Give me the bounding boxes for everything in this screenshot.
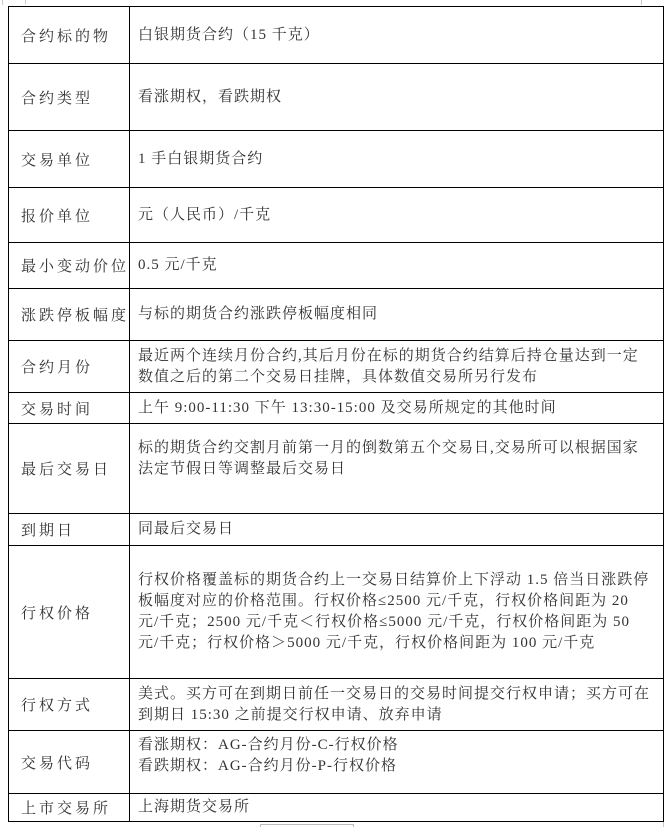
table-row: 交易单位 1 手白银期货合约: [9, 131, 663, 188]
cropped-cell-tick: [663, 822, 664, 827]
row-label-cell: 上市交易所: [9, 794, 130, 821]
row-label-cell: 到期日: [9, 514, 130, 545]
row-value: 最近两个连续月份合约,其后月份在标的期货合约结算后持仓量达到一定数值之后的第二个…: [138, 346, 651, 388]
row-value-cell: 上海期货交易所: [130, 794, 663, 821]
table-row: 最小变动价位 0.5 元/千克: [9, 243, 663, 289]
row-value-cell: 与标的期货合约涨跌停板幅度相同: [130, 289, 663, 340]
row-value: 看涨期权，看跌期权: [138, 87, 282, 108]
cropped-cell-tick: [641, 0, 642, 5]
row-value-cell: 美式。买方可在到期日前任一交易日的交易时间提交行权申请；买方可在到期日 15:3…: [130, 679, 663, 730]
row-label: 交易时间: [21, 398, 93, 419]
row-label: 到期日: [21, 519, 75, 540]
row-value: 白银期货合约（15 千克）: [138, 25, 320, 46]
row-value: 上午 9:00-11:30 下午 13:30-15:00 及交易所规定的其他时间: [138, 398, 557, 419]
row-label-cell: 涨跌停板幅度: [9, 289, 130, 340]
row-value-cell: 行权价格覆盖标的期货合约上一交易日结算价上下浮动 1.5 倍当日涨跌停板幅度对应…: [130, 546, 663, 678]
row-label-cell: 交易时间: [9, 393, 130, 423]
row-value-cell: 看涨期权：AG-合约月份-C-行权价格 看跌期权：AG-合约月份-P-行权价格: [130, 731, 663, 793]
row-value: 美式。买方可在到期日前任一交易日的交易时间提交行权申请；买方可在到期日 15:3…: [138, 684, 651, 726]
table-row: 交易时间 上午 9:00-11:30 下午 13:30-15:00 及交易所规定…: [9, 393, 663, 424]
row-label: 最后交易日: [21, 458, 111, 479]
row-label-cell: 行权价格: [9, 546, 130, 678]
table-row: 行权方式 美式。买方可在到期日前任一交易日的交易时间提交行权申请；买方可在到期日…: [9, 679, 663, 731]
row-value: 上海期货交易所: [138, 797, 250, 818]
row-value-cell: 最近两个连续月份合约,其后月份在标的期货合约结算后持仓量达到一定数值之后的第二个…: [130, 341, 663, 392]
row-label: 上市交易所: [21, 797, 111, 818]
table-row: 报价单位 元（人民币）/千克: [9, 188, 663, 243]
row-label: 交易代码: [21, 752, 93, 773]
row-value-cell: 白银期货合约（15 千克）: [130, 7, 663, 63]
row-value: 行权价格覆盖标的期货合约上一交易日结算价上下浮动 1.5 倍当日涨跌停板幅度对应…: [138, 570, 651, 654]
table-row: 最后交易日 标的期货合约交割月前第一月的倒数第五个交易日,交易所可以根据国家法定…: [9, 424, 663, 514]
row-label: 行权方式: [21, 694, 93, 715]
cropped-cell-tick: [25, 0, 26, 4]
row-label: 最小变动价位: [21, 255, 129, 276]
row-value-cell: 1 手白银期货合约: [130, 131, 663, 187]
table-row: 行权价格 行权价格覆盖标的期货合约上一交易日结算价上下浮动 1.5 倍当日涨跌停…: [9, 546, 663, 679]
row-value-cell: 标的期货合约交割月前第一月的倒数第五个交易日,交易所可以根据国家法定节假日等调整…: [130, 424, 663, 513]
row-label: 合约类型: [21, 87, 93, 108]
row-value: 0.5 元/千克: [138, 255, 218, 276]
row-label: 行权价格: [21, 602, 93, 623]
row-value: 与标的期货合约涨跌停板幅度相同: [138, 304, 378, 325]
table-row: 涨跌停板幅度 与标的期货合约涨跌停板幅度相同: [9, 289, 663, 341]
document-page: { "colors": { "border": "#000000", "text…: [0, 0, 671, 827]
row-value: 同最后交易日: [138, 519, 234, 540]
table-row: 到期日 同最后交易日: [9, 514, 663, 546]
row-value-cell: 上午 9:00-11:30 下午 13:30-15:00 及交易所规定的其他时间: [130, 393, 663, 423]
row-label: 涨跌停板幅度: [21, 304, 129, 325]
row-label: 合约月份: [21, 356, 93, 377]
row-value-cell: 0.5 元/千克: [130, 243, 663, 288]
row-label: 报价单位: [21, 205, 93, 226]
row-label-cell: 交易代码: [9, 731, 130, 793]
table-row: 合约标的物 白银期货合约（15 千克）: [9, 7, 663, 64]
row-label-cell: 合约月份: [9, 341, 130, 392]
row-value-cell: 看涨期权，看跌期权: [130, 64, 663, 130]
table-row: 合约月份 最近两个连续月份合约,其后月份在标的期货合约结算后持仓量达到一定数值之…: [9, 341, 663, 393]
contract-spec-table: 合约标的物 白银期货合约（15 千克） 合约类型 看涨期权，看跌期权 交易单位 …: [8, 6, 664, 822]
row-label-cell: 交易单位: [9, 131, 130, 187]
row-label: 合约标的物: [21, 25, 111, 46]
table-row: 交易代码 看涨期权：AG-合约月份-C-行权价格 看跌期权：AG-合约月份-P-…: [9, 731, 663, 794]
row-label-cell: 报价单位: [9, 188, 130, 242]
row-label-cell: 最后交易日: [9, 424, 130, 513]
row-value: 1 手白银期货合约: [138, 149, 263, 170]
row-label-cell: 最小变动价位: [9, 243, 130, 288]
row-value: 看涨期权：AG-合约月份-C-行权价格 看跌期权：AG-合约月份-P-行权价格: [138, 735, 399, 777]
row-value: 元（人民币）/千克: [138, 205, 271, 226]
row-label: 交易单位: [21, 149, 93, 170]
cropped-cell-tick: [2, 0, 3, 5]
row-value-cell: 元（人民币）/千克: [130, 188, 663, 242]
table-row: 合约类型 看涨期权，看跌期权: [9, 64, 663, 131]
row-label-cell: 合约标的物: [9, 7, 130, 63]
table-row: 上市交易所 上海期货交易所: [9, 794, 663, 821]
row-value: 标的期货合约交割月前第一月的倒数第五个交易日,交易所可以根据国家法定节假日等调整…: [138, 438, 651, 480]
row-label-cell: 合约类型: [9, 64, 130, 130]
row-value-cell: 同最后交易日: [130, 514, 663, 545]
row-label-cell: 行权方式: [9, 679, 130, 730]
